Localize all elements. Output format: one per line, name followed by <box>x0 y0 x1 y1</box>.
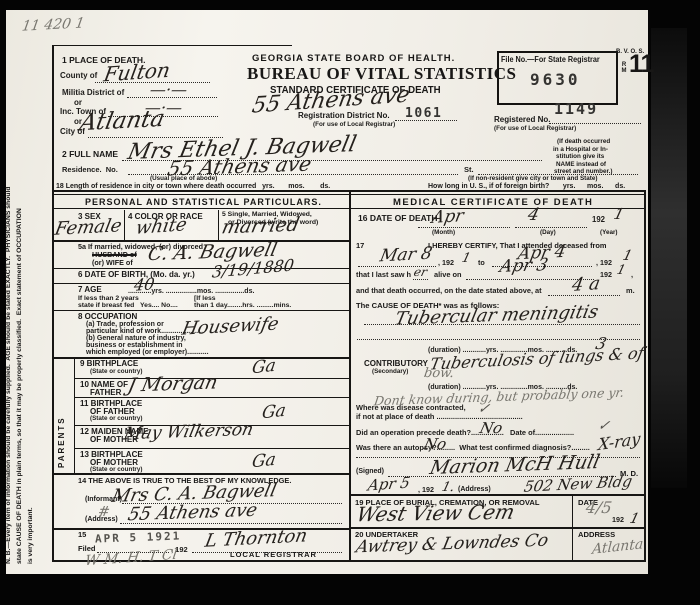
hospital-note-2: in a Hospital or In- <box>553 147 608 153</box>
age-sub4: than 1 day........hrs. .........mins. <box>194 303 291 310</box>
militia-label: Militia District of <box>62 89 124 97</box>
abode-caption: (Usual place of abode) <box>150 176 217 182</box>
hospital-note-3: stitution give its <box>556 154 604 160</box>
file-number-stamp: 9630 <box>530 72 581 88</box>
margin-note-line1: N. B.—Every item of information should b… <box>6 52 13 564</box>
row6-bottom <box>52 283 350 284</box>
burial-192: 192 <box>612 516 624 523</box>
registered-label: Registered No. <box>494 116 550 124</box>
burial-date-handwriting: 4/5 <box>585 500 613 516</box>
row9-label: 9 BIRTHPLACE <box>80 360 138 368</box>
row345-divider-2 <box>218 210 219 240</box>
row19-top <box>351 494 645 496</box>
burial-place-handwriting: West View Cem <box>355 502 517 525</box>
filed-date-stamp: APR 5 1921 <box>95 530 182 544</box>
row17-number: 17 <box>356 242 364 250</box>
wife-of-label: (or) WIFE of <box>92 259 133 266</box>
to-192: , 192 <box>596 259 612 266</box>
parents-divider <box>74 357 75 473</box>
color-handwriting: white <box>134 216 188 238</box>
occupation-b1: (b) General nature of industry, <box>86 335 186 342</box>
lastsaw-date-handwriting: Apr 3 <box>498 257 549 276</box>
death-day-line <box>515 227 587 228</box>
file-number-label: File No.—For State Registrar <box>501 56 600 64</box>
month-caption: (Month) <box>432 230 455 236</box>
filed-label: Filed <box>78 545 96 553</box>
reg-district-stamp: 1061 <box>405 107 442 120</box>
form-top-border <box>52 45 292 46</box>
margin-note-line2: state CAUSE OF DEATH in plain terms, so … <box>17 58 24 564</box>
age-label: 7 AGE <box>78 286 102 294</box>
county-label: County of <box>60 72 97 80</box>
signed-date-handwriting: Apr 5 <box>367 475 412 493</box>
day-caption: (Day) <box>540 230 556 236</box>
signed-address-label: (Address) <box>458 486 491 493</box>
occupation-a1: (a) Trade, profession or <box>86 321 164 328</box>
row345-divider-1 <box>124 210 125 240</box>
top-pencil-annotation: 11 420 1 <box>21 16 85 33</box>
nonresident-caption: (If non-resident give city or town and S… <box>468 176 597 182</box>
form-left-border <box>52 45 54 562</box>
occupation-handwriting: Housewife <box>180 315 280 338</box>
autopsy-text: Was there an autopsy?......... What test… <box>356 444 590 451</box>
where-check-mark: ✓ <box>477 402 491 416</box>
row10-label-2: FATHER <box>90 389 121 397</box>
reg-district-label: Registration District No. <box>298 112 390 120</box>
birthplace-handwriting: Ga <box>251 358 277 378</box>
father-handwriting: J Morgan <box>126 373 219 395</box>
registered-sub: (For use of Local Registrar) <box>494 126 576 132</box>
informant-address-handwriting: 55 Athens ave <box>126 502 259 525</box>
st-label: St. <box>464 166 474 174</box>
hospital-note-1: (If death occurred <box>557 139 610 145</box>
or-label-1: or <box>74 99 82 107</box>
autopsy-handwriting: No <box>422 437 448 452</box>
lastsaw-pre: that I last saw h <box>356 271 411 278</box>
row16-label: 16 DATE OF DEATH <box>358 214 438 223</box>
from-192: , 192 <box>438 259 454 266</box>
local-registrar-label: LOCAL REGISTRAR <box>230 551 317 559</box>
form-side-letters: RM <box>621 62 627 80</box>
personal-section-header: PERSONAL AND STATISTICAL PARTICULARS. <box>85 198 322 207</box>
to-label: to <box>478 259 485 266</box>
row13-bottom <box>52 473 350 475</box>
row18-left: 18 Length of residence in city or town w… <box>56 183 330 190</box>
signed-label: (Signed) <box>356 468 384 475</box>
age-yesno: Yes.... No.... <box>140 303 178 310</box>
occupation-b2: business or establishment in <box>86 342 182 349</box>
operation-handwriting: No <box>478 421 504 436</box>
form-number: 11 <box>629 52 653 77</box>
address-header-label: ADDRESS <box>578 531 615 539</box>
medical-section-header: MEDICAL CERTIFICATE OF DEATH <box>393 198 593 208</box>
attended-from-handwriting: Mar 8 <box>378 246 433 266</box>
age-handwriting: 40 <box>133 276 156 294</box>
board-title: GEORGIA STATE BOARD OF HEALTH. <box>252 54 455 64</box>
row20-top <box>351 527 645 529</box>
address-hash-pencil: # <box>97 505 111 519</box>
lastsaw-pronoun-line <box>413 279 428 280</box>
death-month-handwriting: Apr <box>430 208 465 227</box>
fullname-label: 2 FULL NAME <box>62 150 118 159</box>
city-handwriting: Atlanta <box>78 108 167 136</box>
residence-label: Residence. No. <box>62 166 118 174</box>
column-divider <box>349 190 351 562</box>
secondary-caption: (Secondary) <box>372 369 408 375</box>
bureau-title: BUREAU OF VITAL STATISTICS <box>247 65 517 82</box>
militia-dash-handwriting: —·— <box>149 82 189 98</box>
registered-line <box>549 123 641 124</box>
marital-handwriting: married <box>220 216 301 238</box>
where-contracted-1: Where was disease contracted, <box>356 404 466 411</box>
age-sub2: state if breast fed <box>78 303 134 310</box>
signed-192: , 192 <box>418 486 434 493</box>
margin-note-line3: is very important. <box>28 384 35 564</box>
row10-bottom <box>74 397 350 398</box>
scanned-death-certificate: 11 420 1 N. B.—Every item of information… <box>0 0 700 605</box>
mother-handwriting: May Wilkerson <box>122 422 255 444</box>
m-label: m. <box>626 287 635 294</box>
death-year-printed: 192 <box>592 216 605 224</box>
lastsaw-comma: , <box>631 271 633 278</box>
occupation-label: 8 OCCUPATION <box>78 313 137 321</box>
parents-label: PARENTS <box>58 388 66 468</box>
row11-sub: (State or country) <box>90 416 142 422</box>
form-right-border <box>644 190 646 562</box>
operation-date-check: ✓ <box>597 419 611 433</box>
hour-handwriting: 4 a <box>570 275 601 295</box>
contributory-handwriting-2: bow. <box>423 367 455 380</box>
father-birthplace-handwriting: Ga <box>261 403 287 423</box>
row12-bottom <box>74 448 350 449</box>
cause-line-1 <box>364 324 640 325</box>
registered-stamp: 1149 <box>554 102 598 117</box>
sex-handwriting: Female <box>53 217 123 239</box>
contributory-label: CONTRIBUTORY <box>364 360 428 368</box>
year-caption: (Year) <box>600 230 618 236</box>
operation-text: Did an operation precede death?.........… <box>356 429 574 436</box>
occupation-b3: which employed (or employer)........... <box>86 349 209 356</box>
lastsaw-pronoun-handwriting: er <box>413 266 429 278</box>
reg-district-sub: (For use of Local Registrar) <box>313 122 395 128</box>
certify-text: I HEREBY CERTIFY, That I attended deceas… <box>428 242 607 249</box>
occurred-text: and that death occurred, on the date sta… <box>356 287 542 294</box>
lastsaw-mid: alive on <box>434 271 462 278</box>
row18-right: How long in U. S., if of foreign birth? … <box>428 183 625 190</box>
mother-birthplace-handwriting: Ga <box>251 452 277 472</box>
row15-number: 15 <box>78 531 86 539</box>
hospital-note-4: NAME instead of <box>556 162 606 168</box>
scanner-background-streak <box>651 28 687 488</box>
